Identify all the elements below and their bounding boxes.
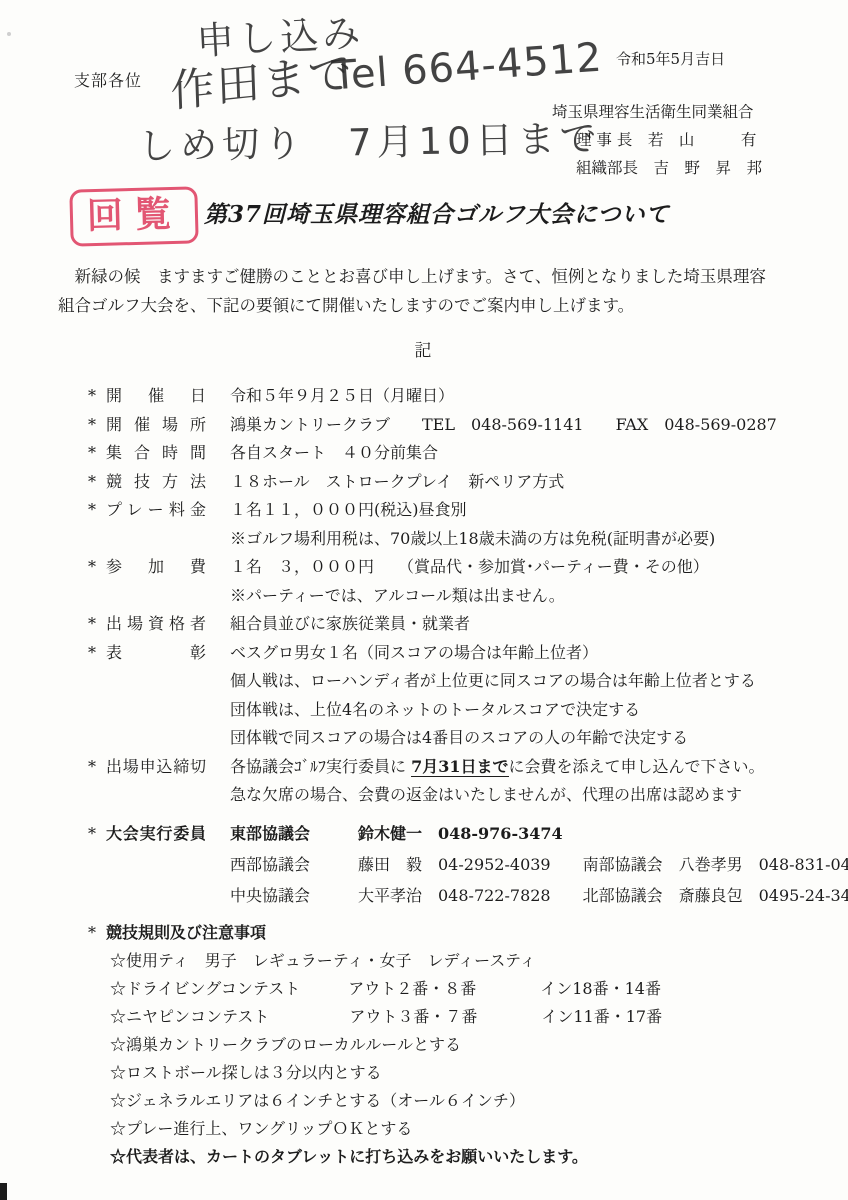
detail-value-line: 鴻巣カントリークラブ TEL 048-569-1141 FAX 048-569-… <box>230 411 822 440</box>
text-segment: １名 ３，０００円 （賞品代・参加賞･パーティー費・その他） <box>230 557 709 576</box>
text-segment: 鴻巣カントリークラブ TEL 048-569-1141 FAX 048-569-… <box>230 415 777 434</box>
detail-row: *集合時間各自スタート ４０分前集合 <box>62 439 822 468</box>
detail-value-line: 個人戦は、ローハンディ者が上位更に同スコアの場合は年齢上位者とする <box>230 667 822 696</box>
detail-value-line: 組合員並びに家族従業員・就業者 <box>230 610 822 639</box>
recipient-line: 支部各位 <box>74 68 142 91</box>
org-director-line: 組織部長 吉 野 昇 邦 <box>552 154 762 182</box>
detail-row: *開催日令和５年９月２５日（月曜日） <box>62 382 822 411</box>
detail-value-line: 急な欠席の場合、会費の返金はいたしませんが、代理の出席は認めます <box>230 781 822 810</box>
detail-marker: * <box>62 753 106 782</box>
detail-value-line: ベスグロ男女１名（同スコアの場合は年齢上位者） <box>230 639 822 668</box>
detail-marker: * <box>62 411 106 440</box>
text-segment: 各協議会ｺﾞﾙﾌ実行委員に <box>230 757 411 776</box>
detail-value-line: 令和５年９月２５日（月曜日） <box>230 382 822 411</box>
detail-value: 組合員並びに家族従業員・就業者 <box>230 610 822 639</box>
detail-value-line: １８ホール ストロークプレイ 新ペリア方式 <box>230 468 822 497</box>
text-segment: ベスグロ男女１名（同スコアの場合は年齢上位者） <box>230 643 598 662</box>
chairman-line: 理 事 長 若 山 有 <box>552 126 762 154</box>
intro-line-1: 新緑の候 ますますご健勝のこととお喜び申し上げます。さて、恒例となりました埼玉県… <box>58 262 798 291</box>
detail-value-line: １名 ３，０００円 （賞品代・参加賞･パーティー費・その他） <box>230 553 822 582</box>
detail-marker: * <box>62 919 106 948</box>
detail-label: 出場申込締切 <box>106 753 206 782</box>
detail-marker: * <box>62 553 106 582</box>
detail-marker: * <box>62 382 106 411</box>
rule-line: ☆ジェネラルエリアは６インチとする（オール６インチ） <box>62 1087 822 1115</box>
detail-label: 大会実行委員 <box>106 818 206 849</box>
detail-label: プレー料金 <box>106 496 206 525</box>
rules-heading-row: *競技規則及び注意事項 <box>62 919 822 948</box>
intro-line-2: 組合ゴルフ大会を、下記の要領にて開催いたしますのでご案内申し上げます。 <box>58 291 798 320</box>
details-list: *開催日令和５年９月２５日（月曜日）*開催場所鴻巣カントリークラブ TEL 04… <box>62 382 822 1171</box>
detail-marker: * <box>62 496 106 525</box>
detail-row: *出場申込締切各協議会ｺﾞﾙﾌ実行委員に 7月31日までに会費を添えて申し込んで… <box>62 753 822 810</box>
text-segment: 組合員並びに家族従業員・就業者 <box>230 614 470 633</box>
scanned-document-page: 申し込み 作田まで Tel 664-4512 しめ切り 7月10日まで 支部各位… <box>0 0 848 1200</box>
detail-value-line: 西部協議会 藤田 毅 04-2952-4039 南部協議会 八巻孝男 048-8… <box>230 849 822 880</box>
detail-row: *表彰ベスグロ男女１名（同スコアの場合は年齢上位者）個人戦は、ローハンディ者が上… <box>62 639 822 753</box>
detail-value-line: 東部協議会 鈴木健一 048-976-3474 <box>230 818 822 849</box>
detail-value: １８ホール ストロークプレイ 新ペリア方式 <box>230 468 822 497</box>
document-date: 令和5年5月吉日 <box>616 48 725 69</box>
detail-value-line: 団体戦で同スコアの場合は4番目のスコアの人の年齢で決定する <box>230 724 822 753</box>
detail-value-line: 団体戦は、上位4名のネットのトータルスコアで決定する <box>230 696 822 725</box>
intro-paragraph: 新緑の候 ますますご健勝のこととお喜び申し上げます。さて、恒例となりました埼玉県… <box>58 262 798 320</box>
detail-label: 参加費 <box>106 553 206 582</box>
text-segment: 団体戦は、上位4名のネットのトータルスコアで決定する <box>230 700 640 719</box>
text-segment: 東部協議会 鈴木健一 048-976-3474 <box>230 824 563 843</box>
rule-line: ☆ロストボール探しは３分以内とする <box>62 1059 822 1087</box>
detail-marker: * <box>62 639 106 668</box>
kairan-circulation-stamp: 回覧 <box>69 186 198 246</box>
detail-value: 各自スタート ４０分前集合 <box>230 439 822 468</box>
rule-line: ☆使用ティ 男子 レギュラーティ・女子 レディースティ <box>62 947 822 975</box>
rule-line: ☆プレー進行上、ワングリップＯＫとする <box>62 1115 822 1143</box>
rule-line: ☆ドライビングコンテスト アウト２番・８番 イン18番・14番 <box>62 975 822 1003</box>
detail-label: 競技方法 <box>106 468 206 497</box>
detail-value: １名 ３，０００円 （賞品代・参加賞･パーティー費・その他）※パーティーでは、ア… <box>230 553 822 610</box>
detail-value: 令和５年９月２５日（月曜日） <box>230 382 822 411</box>
handwritten-note-tel: Tel 664-4512 <box>331 35 604 100</box>
text-segment: 西部協議会 藤田 毅 04-2952-4039 南部協議会 八巻孝男 048-8… <box>230 855 848 874</box>
rule-line: ☆鴻巣カントリークラブのローカルルールとする <box>62 1031 822 1059</box>
detail-value-line: ※ゴルフ場利用税は、70歳以上18歳未満の方は免税(証明書が必要) <box>230 525 822 554</box>
detail-value-line: 各協議会ｺﾞﾙﾌ実行委員に 7月31日までに会費を添えて申し込んで下さい。 <box>230 753 822 782</box>
organization-name: 埼玉県理容生活衛生同業組合 <box>552 98 762 126</box>
detail-value-line: １名１１，０００円(税込)昼食別 <box>230 496 822 525</box>
detail-value: １名１１，０００円(税込)昼食別※ゴルフ場利用税は、70歳以上18歳未満の方は免… <box>230 496 822 553</box>
text-segment: 7月31日まで <box>411 757 508 777</box>
rules-heading: 競技規則及び注意事項 <box>106 919 266 948</box>
detail-label: 表彰 <box>106 639 206 668</box>
detail-row: *出場資格者組合員並びに家族従業員・就業者 <box>62 610 822 639</box>
detail-label: 集合時間 <box>106 439 206 468</box>
detail-value: ベスグロ男女１名（同スコアの場合は年齢上位者）個人戦は、ローハンディ者が上位更に… <box>230 639 822 753</box>
detail-value-line: ※パーティーでは、アルコール類は出ません。 <box>230 582 822 611</box>
rules-block: *競技規則及び注意事項☆使用ティ 男子 レギュラーティ・女子 レディースティ☆ド… <box>62 919 822 1172</box>
text-segment: 急な欠席の場合、会費の返金はいたしませんが、代理の出席は認めます <box>230 785 742 804</box>
rule-line: ☆ニヤピンコンテスト アウト３番・７番 イン11番・17番 <box>62 1003 822 1031</box>
organization-block: 埼玉県理容生活衛生同業組合 理 事 長 若 山 有 組織部長 吉 野 昇 邦 <box>552 98 762 182</box>
detail-row: *開催場所鴻巣カントリークラブ TEL 048-569-1141 FAX 048… <box>62 411 822 440</box>
detail-row: *競技方法１８ホール ストロークプレイ 新ペリア方式 <box>62 468 822 497</box>
text-segment: 個人戦は、ローハンディ者が上位更に同スコアの場合は年齢上位者とする <box>230 671 756 690</box>
detail-value: 東部協議会 鈴木健一 048-976-3474西部協議会 藤田 毅 04-295… <box>230 818 822 911</box>
detail-label: 出場資格者 <box>106 610 206 639</box>
document-title: 第37回埼玉県理容組合ゴルフ大会について <box>204 196 670 229</box>
detail-label: 開催場所 <box>106 411 206 440</box>
text-segment: １８ホール ストロークプレイ 新ペリア方式 <box>230 472 564 491</box>
detail-row: *プレー料金１名１１，０００円(税込)昼食別※ゴルフ場利用税は、70歳以上18歳… <box>62 496 822 553</box>
detail-value-line: 中央協議会 大平孝治 048-722-7828 北部協議会 斎藤良包 0495-… <box>230 880 822 911</box>
ki-heading: 記 <box>0 336 848 361</box>
text-segment: 令和５年９月２５日（月曜日） <box>230 386 454 405</box>
detail-marker: * <box>62 818 106 849</box>
scan-artifact-speck <box>7 32 11 36</box>
detail-value-line: 各自スタート ４０分前集合 <box>230 439 822 468</box>
detail-row: *大会実行委員東部協議会 鈴木健一 048-976-3474西部協議会 藤田 毅… <box>62 818 822 911</box>
handwritten-note-deadline: しめ切り 7月10日まで <box>138 108 602 170</box>
detail-rows-container: *開催日令和５年９月２５日（月曜日）*開催場所鴻巣カントリークラブ TEL 04… <box>62 382 822 911</box>
rule-line: ☆代表者は、カートのタブレットに打ち込みをお願いいたします。 <box>62 1143 822 1171</box>
text-segment: 各自スタート ４０分前集合 <box>230 443 438 462</box>
detail-value: 鴻巣カントリークラブ TEL 048-569-1141 FAX 048-569-… <box>230 411 822 440</box>
detail-label: 開催日 <box>106 382 206 411</box>
text-segment: に会費を添えて申し込んで下さい。 <box>509 757 765 776</box>
detail-row: *参加費１名 ３，０００円 （賞品代・参加賞･パーティー費・その他）※パーティー… <box>62 553 822 610</box>
detail-value: 各協議会ｺﾞﾙﾌ実行委員に 7月31日までに会費を添えて申し込んで下さい。急な欠… <box>230 753 822 810</box>
text-segment: １名１１，０００円(税込)昼食別 <box>230 500 467 519</box>
text-segment: ※ゴルフ場利用税は、70歳以上18歳未満の方は免税(証明書が必要) <box>230 529 715 548</box>
scan-artifact-mark <box>0 1183 7 1200</box>
text-segment: 中央協議会 大平孝治 048-722-7828 北部協議会 斎藤良包 0495-… <box>230 886 848 905</box>
detail-marker: * <box>62 468 106 497</box>
detail-marker: * <box>62 439 106 468</box>
text-segment: 団体戦で同スコアの場合は4番目のスコアの人の年齢で決定する <box>230 728 688 747</box>
text-segment: ※パーティーでは、アルコール類は出ません。 <box>230 586 565 605</box>
detail-marker: * <box>62 610 106 639</box>
